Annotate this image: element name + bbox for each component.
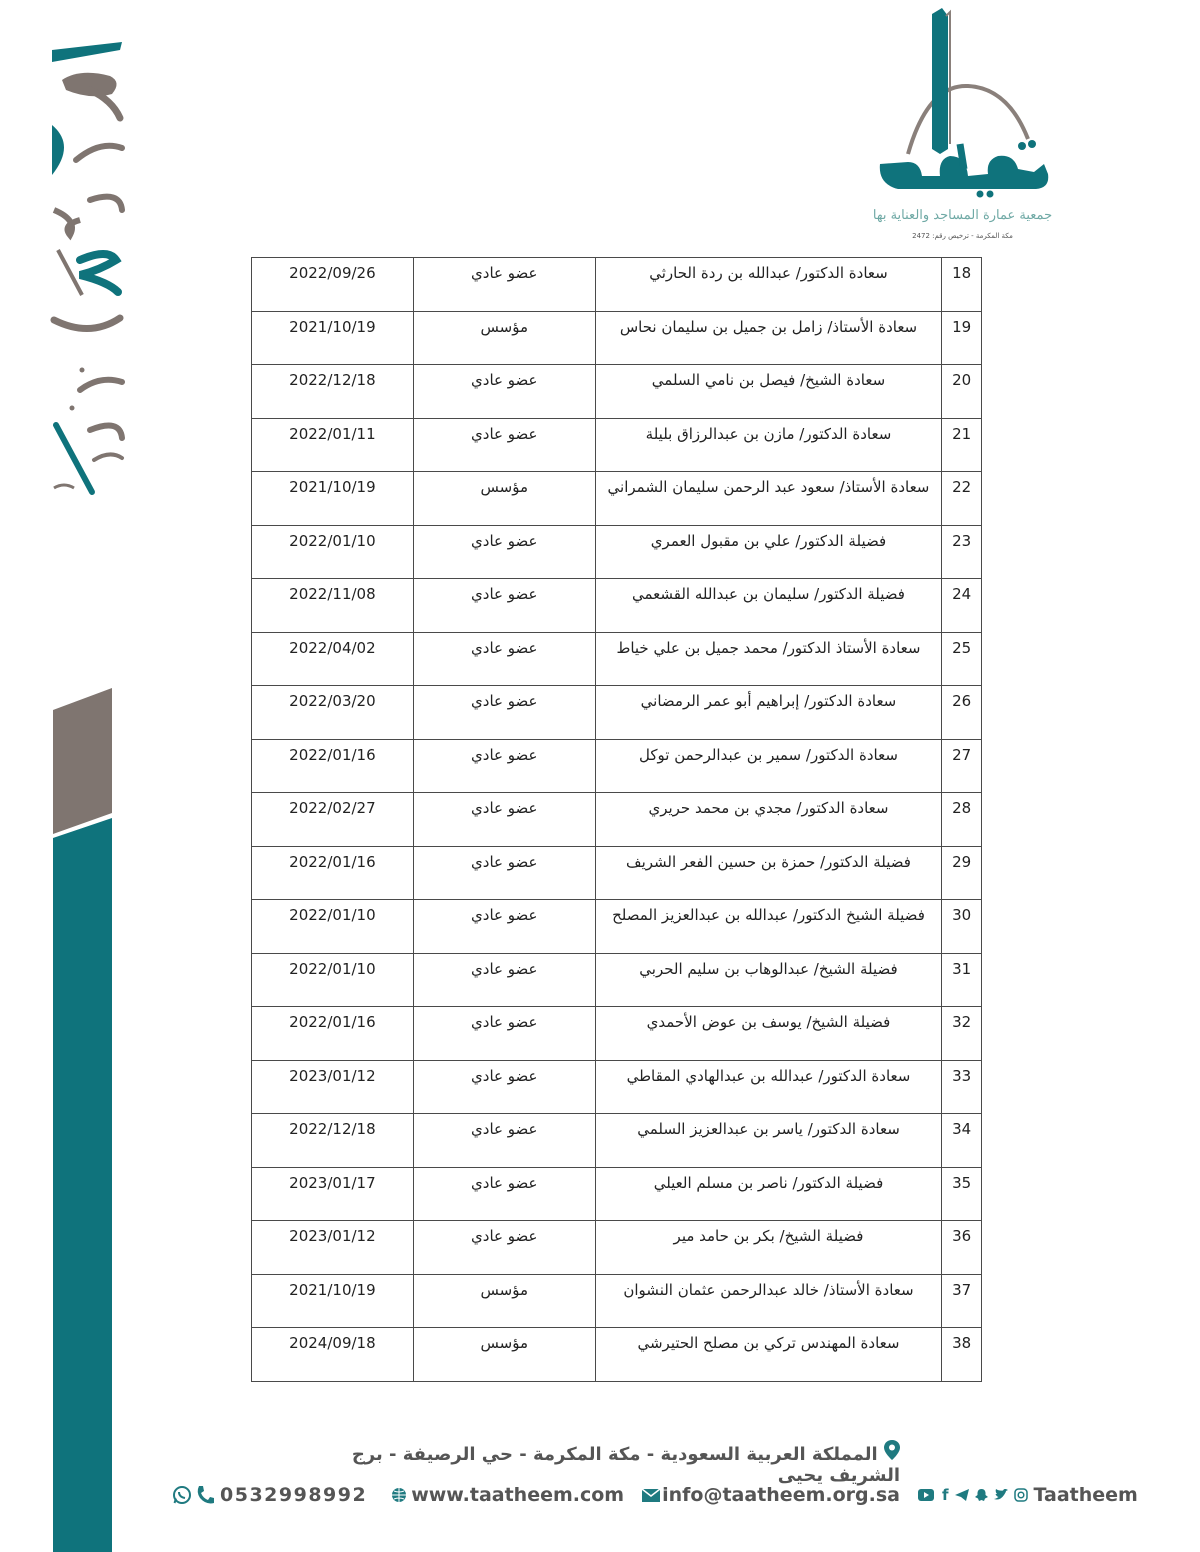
member-join-date: 2022/01/10 (252, 900, 414, 954)
table-row: 2023/01/12عضو عاديسعادة الدكتور/ عبدالله… (252, 1060, 982, 1114)
row-number: 31 (942, 953, 982, 1007)
table-row: 2023/01/12عضو عاديفضيلة الشيخ/ بكر بن حا… (252, 1221, 982, 1275)
member-name: فضيلة الشيخ/ بكر بن حامد مير (595, 1221, 942, 1275)
table-row: 2022/11/08عضو عاديفضيلة الدكتور/ سليمان … (252, 579, 982, 633)
member-type: عضو عادي (413, 525, 595, 579)
row-number: 34 (942, 1114, 982, 1168)
footer-contact-bar: 0532998992 www.taatheem.com info@taathee… (172, 1480, 1032, 1510)
member-join-date: 2022/01/16 (252, 846, 414, 900)
row-number: 26 (942, 686, 982, 740)
member-type: مؤسس (413, 311, 595, 365)
member-name: سعادة الشيخ/ فيصل بن نامي السلمي (595, 365, 942, 419)
member-join-date: 2022/12/18 (252, 365, 414, 419)
row-number: 33 (942, 1060, 982, 1114)
member-type: عضو عادي (413, 258, 595, 312)
member-name: سعادة الأستاذ/ سعود عبد الرحمن سليمان ال… (595, 472, 942, 526)
member-type: عضو عادي (413, 900, 595, 954)
members-table: 2022/09/26عضو عاديسعادة الدكتور/ عبدالله… (251, 257, 982, 1382)
social-handle[interactable]: Taatheem (1034, 1484, 1138, 1506)
phone-icon (196, 1485, 214, 1505)
row-number: 29 (942, 846, 982, 900)
row-number: 18 (942, 258, 982, 312)
member-type: عضو عادي (413, 1221, 595, 1275)
member-name: فضيلة الشيخ/ يوسف بن عوض الأحمدي (595, 1007, 942, 1061)
member-name: فضيلة الدكتور/ سليمان بن عبدالله القشعمي (595, 579, 942, 633)
row-number: 28 (942, 793, 982, 847)
snapchat-icon[interactable] (975, 1489, 988, 1502)
row-number: 37 (942, 1274, 982, 1328)
member-join-date: 2022/03/20 (252, 686, 414, 740)
member-name: سعادة الدكتور/ مجدي بن محمد حريري (595, 793, 942, 847)
phone-number[interactable]: 0532998992 (220, 1484, 367, 1506)
table-row: 2022/02/27عضو عاديسعادة الدكتور/ مجدي بن… (252, 793, 982, 847)
member-join-date: 2022/11/08 (252, 579, 414, 633)
member-type: عضو عادي (413, 953, 595, 1007)
member-type: عضو عادي (413, 686, 595, 740)
teal-stripe (52, 818, 114, 1552)
table-row: 2022/03/20عضو عاديسعادة الدكتور/ إبراهيم… (252, 686, 982, 740)
table-row: 2022/01/10عضو عاديفضيلة الدكتور/ علي بن … (252, 525, 982, 579)
member-type: مؤسس (413, 472, 595, 526)
member-join-date: 2021/10/19 (252, 311, 414, 365)
left-decorative-band (0, 0, 150, 1552)
member-type: عضو عادي (413, 365, 595, 419)
row-number: 35 (942, 1167, 982, 1221)
telegram-icon[interactable] (955, 1489, 969, 1501)
member-join-date: 2023/01/12 (252, 1221, 414, 1275)
table-row: 2022/01/16عضو عاديفضيلة الدكتور/ حمزة بن… (252, 846, 982, 900)
member-join-date: 2021/10/19 (252, 1274, 414, 1328)
member-name: سعادة الدكتور/ ياسر بن عبدالعزيز السلمي (595, 1114, 942, 1168)
member-join-date: 2023/01/17 (252, 1167, 414, 1221)
table-row: 2022/01/11عضو عاديسعادة الدكتور/ مازن بن… (252, 418, 982, 472)
row-number: 38 (942, 1328, 982, 1382)
member-name: فضيلة الدكتور/ ناصر بن مسلم العيلي (595, 1167, 942, 1221)
table-row: 2022/12/18عضو عاديسعادة الدكتور/ ياسر بن… (252, 1114, 982, 1168)
row-number: 21 (942, 418, 982, 472)
logo-mark (868, 4, 1058, 204)
member-type: عضو عادي (413, 579, 595, 633)
table-row: 2024/09/18مؤسسسعادة المهندس تركي بن مصلح… (252, 1328, 982, 1382)
vertical-calligraphy-decoration (50, 20, 130, 660)
table-row: 2022/09/26عضو عاديسعادة الدكتور/ عبدالله… (252, 258, 982, 312)
member-join-date: 2022/01/16 (252, 739, 414, 793)
member-name: فضيلة الشيخ الدكتور/ عبدالله بن عبدالعزي… (595, 900, 942, 954)
member-join-date: 2022/01/10 (252, 525, 414, 579)
member-join-date: 2022/02/27 (252, 793, 414, 847)
row-number: 32 (942, 1007, 982, 1061)
table-row: 2022/01/10عضو عاديفضيلة الشيخ/ عبدالوهاب… (252, 953, 982, 1007)
member-join-date: 2022/01/11 (252, 418, 414, 472)
member-join-date: 2024/09/18 (252, 1328, 414, 1382)
table-row: 2022/04/02عضو عاديسعادة الأستاذ الدكتور/… (252, 632, 982, 686)
table-row: 2021/10/19مؤسسسعادة الأستاذ/ خالد عبدالر… (252, 1274, 982, 1328)
row-number: 30 (942, 900, 982, 954)
logo-subtitle: جمعية عمارة المساجد والعناية بها (870, 208, 1055, 223)
member-join-date: 2022/01/10 (252, 953, 414, 1007)
table-row: 2022/12/18عضو عاديسعادة الشيخ/ فيصل بن ن… (252, 365, 982, 419)
table-row: 2021/10/19مؤسسسعادة الأستاذ/ سعود عبد ال… (252, 472, 982, 526)
member-join-date: 2023/01/12 (252, 1060, 414, 1114)
table-row: 2022/01/16عضو عاديفضيلة الشيخ/ يوسف بن ع… (252, 1007, 982, 1061)
member-type: مؤسس (413, 1274, 595, 1328)
member-type: عضو عادي (413, 846, 595, 900)
website-link[interactable]: www.taatheem.com (411, 1484, 624, 1506)
member-name: سعادة المهندس تركي بن مصلح الحتيرشي (595, 1328, 942, 1382)
member-type: عضو عادي (413, 418, 595, 472)
facebook-icon[interactable]: f (942, 1486, 949, 1504)
member-type: عضو عادي (413, 1114, 595, 1168)
row-number: 20 (942, 365, 982, 419)
member-join-date: 2022/12/18 (252, 1114, 414, 1168)
member-name: سعادة الأستاذ الدكتور/ محمد جميل بن علي … (595, 632, 942, 686)
table-row: 2023/01/17عضو عاديفضيلة الدكتور/ ناصر بن… (252, 1167, 982, 1221)
member-name: سعادة الدكتور/ مازن بن عبدالرزاق بليلة (595, 418, 942, 472)
member-type: عضو عادي (413, 1167, 595, 1221)
member-join-date: 2022/09/26 (252, 258, 414, 312)
email-link[interactable]: info@taatheem.org.sa (662, 1484, 900, 1506)
member-name: فضيلة الشيخ/ عبدالوهاب بن سليم الحربي (595, 953, 942, 1007)
row-number: 27 (942, 739, 982, 793)
member-type: عضو عادي (413, 793, 595, 847)
row-number: 22 (942, 472, 982, 526)
member-name: سعادة الأستاذ/ خالد عبدالرحمن عثمان النش… (595, 1274, 942, 1328)
member-join-date: 2021/10/19 (252, 472, 414, 526)
members-table-body: 2022/09/26عضو عاديسعادة الدكتور/ عبدالله… (252, 258, 982, 1382)
table-row: 2022/01/16عضو عاديسعادة الدكتور/ سمير بن… (252, 739, 982, 793)
member-name: سعادة الدكتور/ عبدالله بن ردة الحارثي (595, 258, 942, 312)
member-name: سعادة الدكتور/ سمير بن عبدالرحمن توكل (595, 739, 942, 793)
twitter-icon[interactable] (994, 1489, 1008, 1501)
row-number: 19 (942, 311, 982, 365)
row-number: 25 (942, 632, 982, 686)
member-join-date: 2022/04/02 (252, 632, 414, 686)
row-number: 24 (942, 579, 982, 633)
member-type: عضو عادي (413, 739, 595, 793)
member-type: مؤسس (413, 1328, 595, 1382)
globe-icon (391, 1487, 407, 1503)
logo-registration: مكة المكرمة - ترخيص رقم: 2472 (870, 232, 1055, 240)
table-row: 2022/01/10عضو عاديفضيلة الشيخ الدكتور/ ع… (252, 900, 982, 954)
member-name: فضيلة الدكتور/ علي بن مقبول العمري (595, 525, 942, 579)
member-name: سعادة الدكتور/ إبراهيم أبو عمر الرمضاني (595, 686, 942, 740)
location-pin-icon (884, 1440, 900, 1460)
member-type: عضو عادي (413, 632, 595, 686)
member-type: عضو عادي (413, 1007, 595, 1061)
row-number: 36 (942, 1221, 982, 1275)
member-join-date: 2022/01/16 (252, 1007, 414, 1061)
row-number: 23 (942, 525, 982, 579)
member-name: فضيلة الدكتور/ حمزة بن حسين الفعر الشريف (595, 846, 942, 900)
member-type: عضو عادي (413, 1060, 595, 1114)
table-row: 2021/10/19مؤسسسعادة الأستاذ/ زامل بن جمي… (252, 311, 982, 365)
instagram-icon[interactable] (1014, 1488, 1028, 1502)
member-name: سعادة الدكتور/ عبدالله بن عبدالهادي المق… (595, 1060, 942, 1114)
member-name: سعادة الأستاذ/ زامل بن جميل بن سليمان نح… (595, 311, 942, 365)
whatsapp-icon[interactable] (172, 1485, 192, 1505)
mail-icon (642, 1489, 660, 1502)
youtube-icon[interactable] (918, 1489, 934, 1501)
